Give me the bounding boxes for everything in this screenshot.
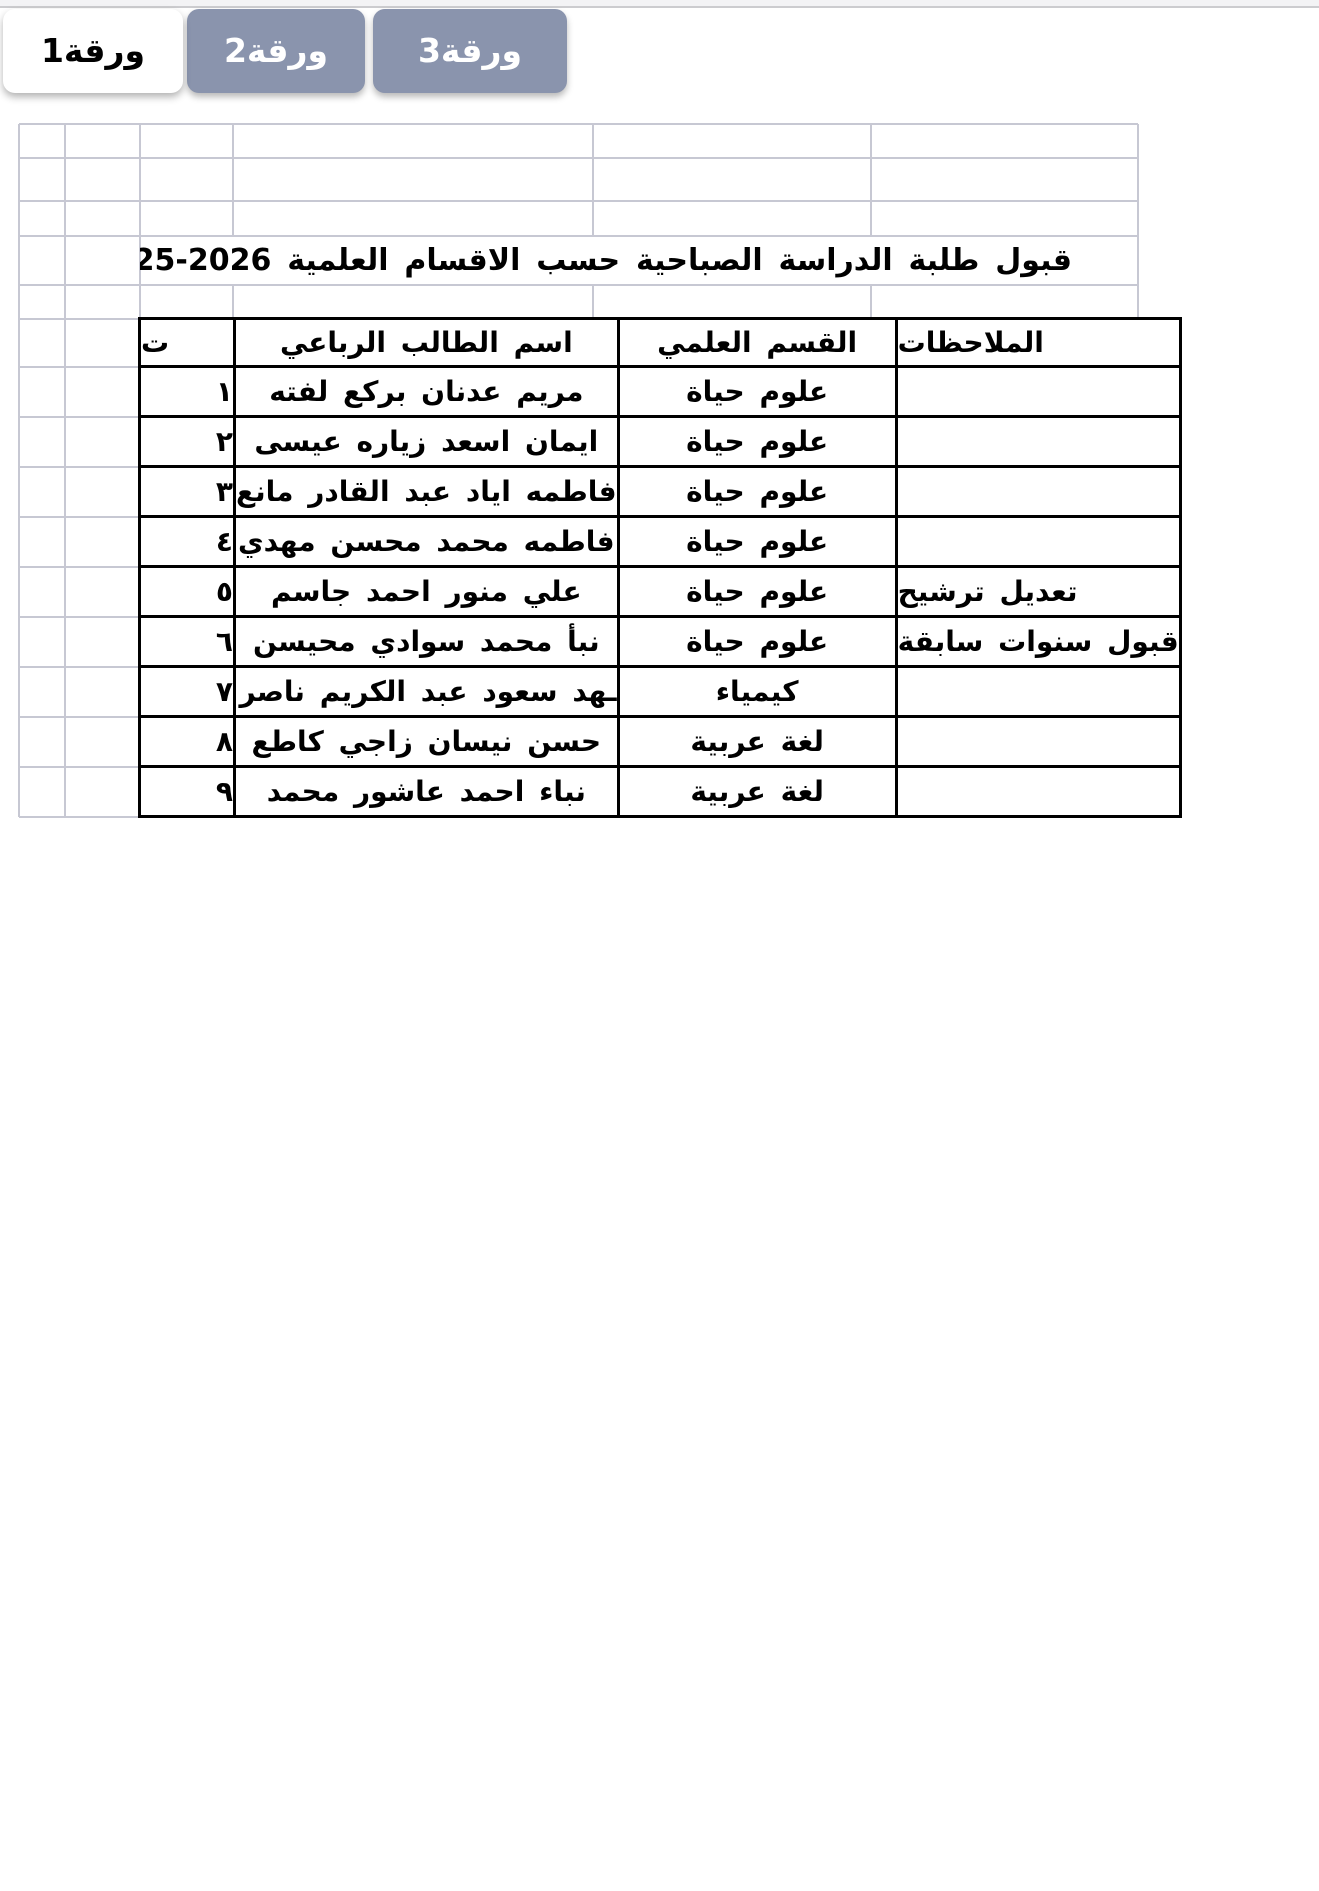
department-cell: كيمياء	[618, 667, 896, 717]
table-row: ٨ حسن نيسان زاجي كاطع لغة عربية	[140, 717, 1181, 767]
department-cell: علوم حياة	[618, 467, 896, 517]
notes-cell	[896, 367, 1180, 417]
department-cell: لغة عربية	[618, 717, 896, 767]
name-cell: فاطمه اياد عبد القادر مانع	[235, 467, 619, 517]
notes-cell	[896, 667, 1180, 717]
name-cell: نبأ محمد سوادي محيسن	[235, 617, 619, 667]
notes-cell	[896, 467, 1180, 517]
table-header-row: ت اسم الطالب الرباعي القسم العلمي الملاح…	[140, 319, 1181, 367]
name-cell: ـهد سعود عبد الكريم ناصر	[235, 667, 619, 717]
column-header-department: القسم العلمي	[618, 319, 896, 367]
name-cell: فاطمه محمد محسن مهدي	[235, 517, 619, 567]
department-cell: علوم حياة	[618, 517, 896, 567]
serial-cell: ١	[140, 367, 235, 417]
name-cell: علي منور احمد جاسم	[235, 567, 619, 617]
department-cell: علوم حياة	[618, 617, 896, 667]
serial-cell: ٨	[140, 717, 235, 767]
notes-cell: قبول سنوات سابقة	[896, 617, 1180, 667]
table-row: ٧ ـهد سعود عبد الكريم ناصر كيمياء	[140, 667, 1181, 717]
column-header-notes: الملاحظات	[896, 319, 1180, 367]
page-title: قبول طلبة الدراسة الصباحية حسب الاقسام ا…	[140, 237, 1136, 284]
table-row: ٢ ايمان اسعد زياره عيسى علوم حياة	[140, 417, 1181, 467]
serial-cell: ٥	[140, 567, 235, 617]
sheet-tab-label: ورقة1	[41, 9, 145, 93]
notes-cell	[896, 517, 1180, 567]
name-cell: ايمان اسعد زياره عيسى	[235, 417, 619, 467]
name-cell: حسن نيسان زاجي كاطع	[235, 717, 619, 767]
table-row: ٩ نباء احمد عاشور محمد لغة عربية	[140, 767, 1181, 817]
department-cell: لغة عربية	[618, 767, 896, 817]
department-cell: علوم حياة	[618, 367, 896, 417]
serial-cell: ٢	[140, 417, 235, 467]
table-row: ٤ فاطمه محمد محسن مهدي علوم حياة	[140, 517, 1181, 567]
sheet-tab-1[interactable]: ورقة1	[3, 9, 183, 93]
spreadsheet-viewer: ورقة1 ورقة2 ورقة3	[0, 0, 1319, 1891]
column-header-serial: ت	[140, 319, 235, 367]
serial-cell: ٣	[140, 467, 235, 517]
table-row: ٣ فاطمه اياد عبد القادر مانع علوم حياة	[140, 467, 1181, 517]
notes-cell	[896, 717, 1180, 767]
notes-cell	[896, 417, 1180, 467]
name-cell: نباء احمد عاشور محمد	[235, 767, 619, 817]
column-header-name: اسم الطالب الرباعي	[235, 319, 619, 367]
notes-cell: تعديل ترشيح	[896, 567, 1180, 617]
students-table: ت اسم الطالب الرباعي القسم العلمي الملاح…	[138, 317, 1182, 818]
department-cell: علوم حياة	[618, 417, 896, 467]
serial-cell: ٩	[140, 767, 235, 817]
serial-cell: ٦	[140, 617, 235, 667]
notes-cell	[896, 767, 1180, 817]
serial-cell: ٧	[140, 667, 235, 717]
table-row: ٦ نبأ محمد سوادي محيسن علوم حياة قبول سن…	[140, 617, 1181, 667]
name-cell: مريم عدنان بركع لفته	[235, 367, 619, 417]
department-cell: علوم حياة	[618, 567, 896, 617]
serial-cell: ٤	[140, 517, 235, 567]
table-row: ١ مريم عدنان بركع لفته علوم حياة	[140, 367, 1181, 417]
table-row: ٥ علي منور احمد جاسم علوم حياة تعديل ترش…	[140, 567, 1181, 617]
